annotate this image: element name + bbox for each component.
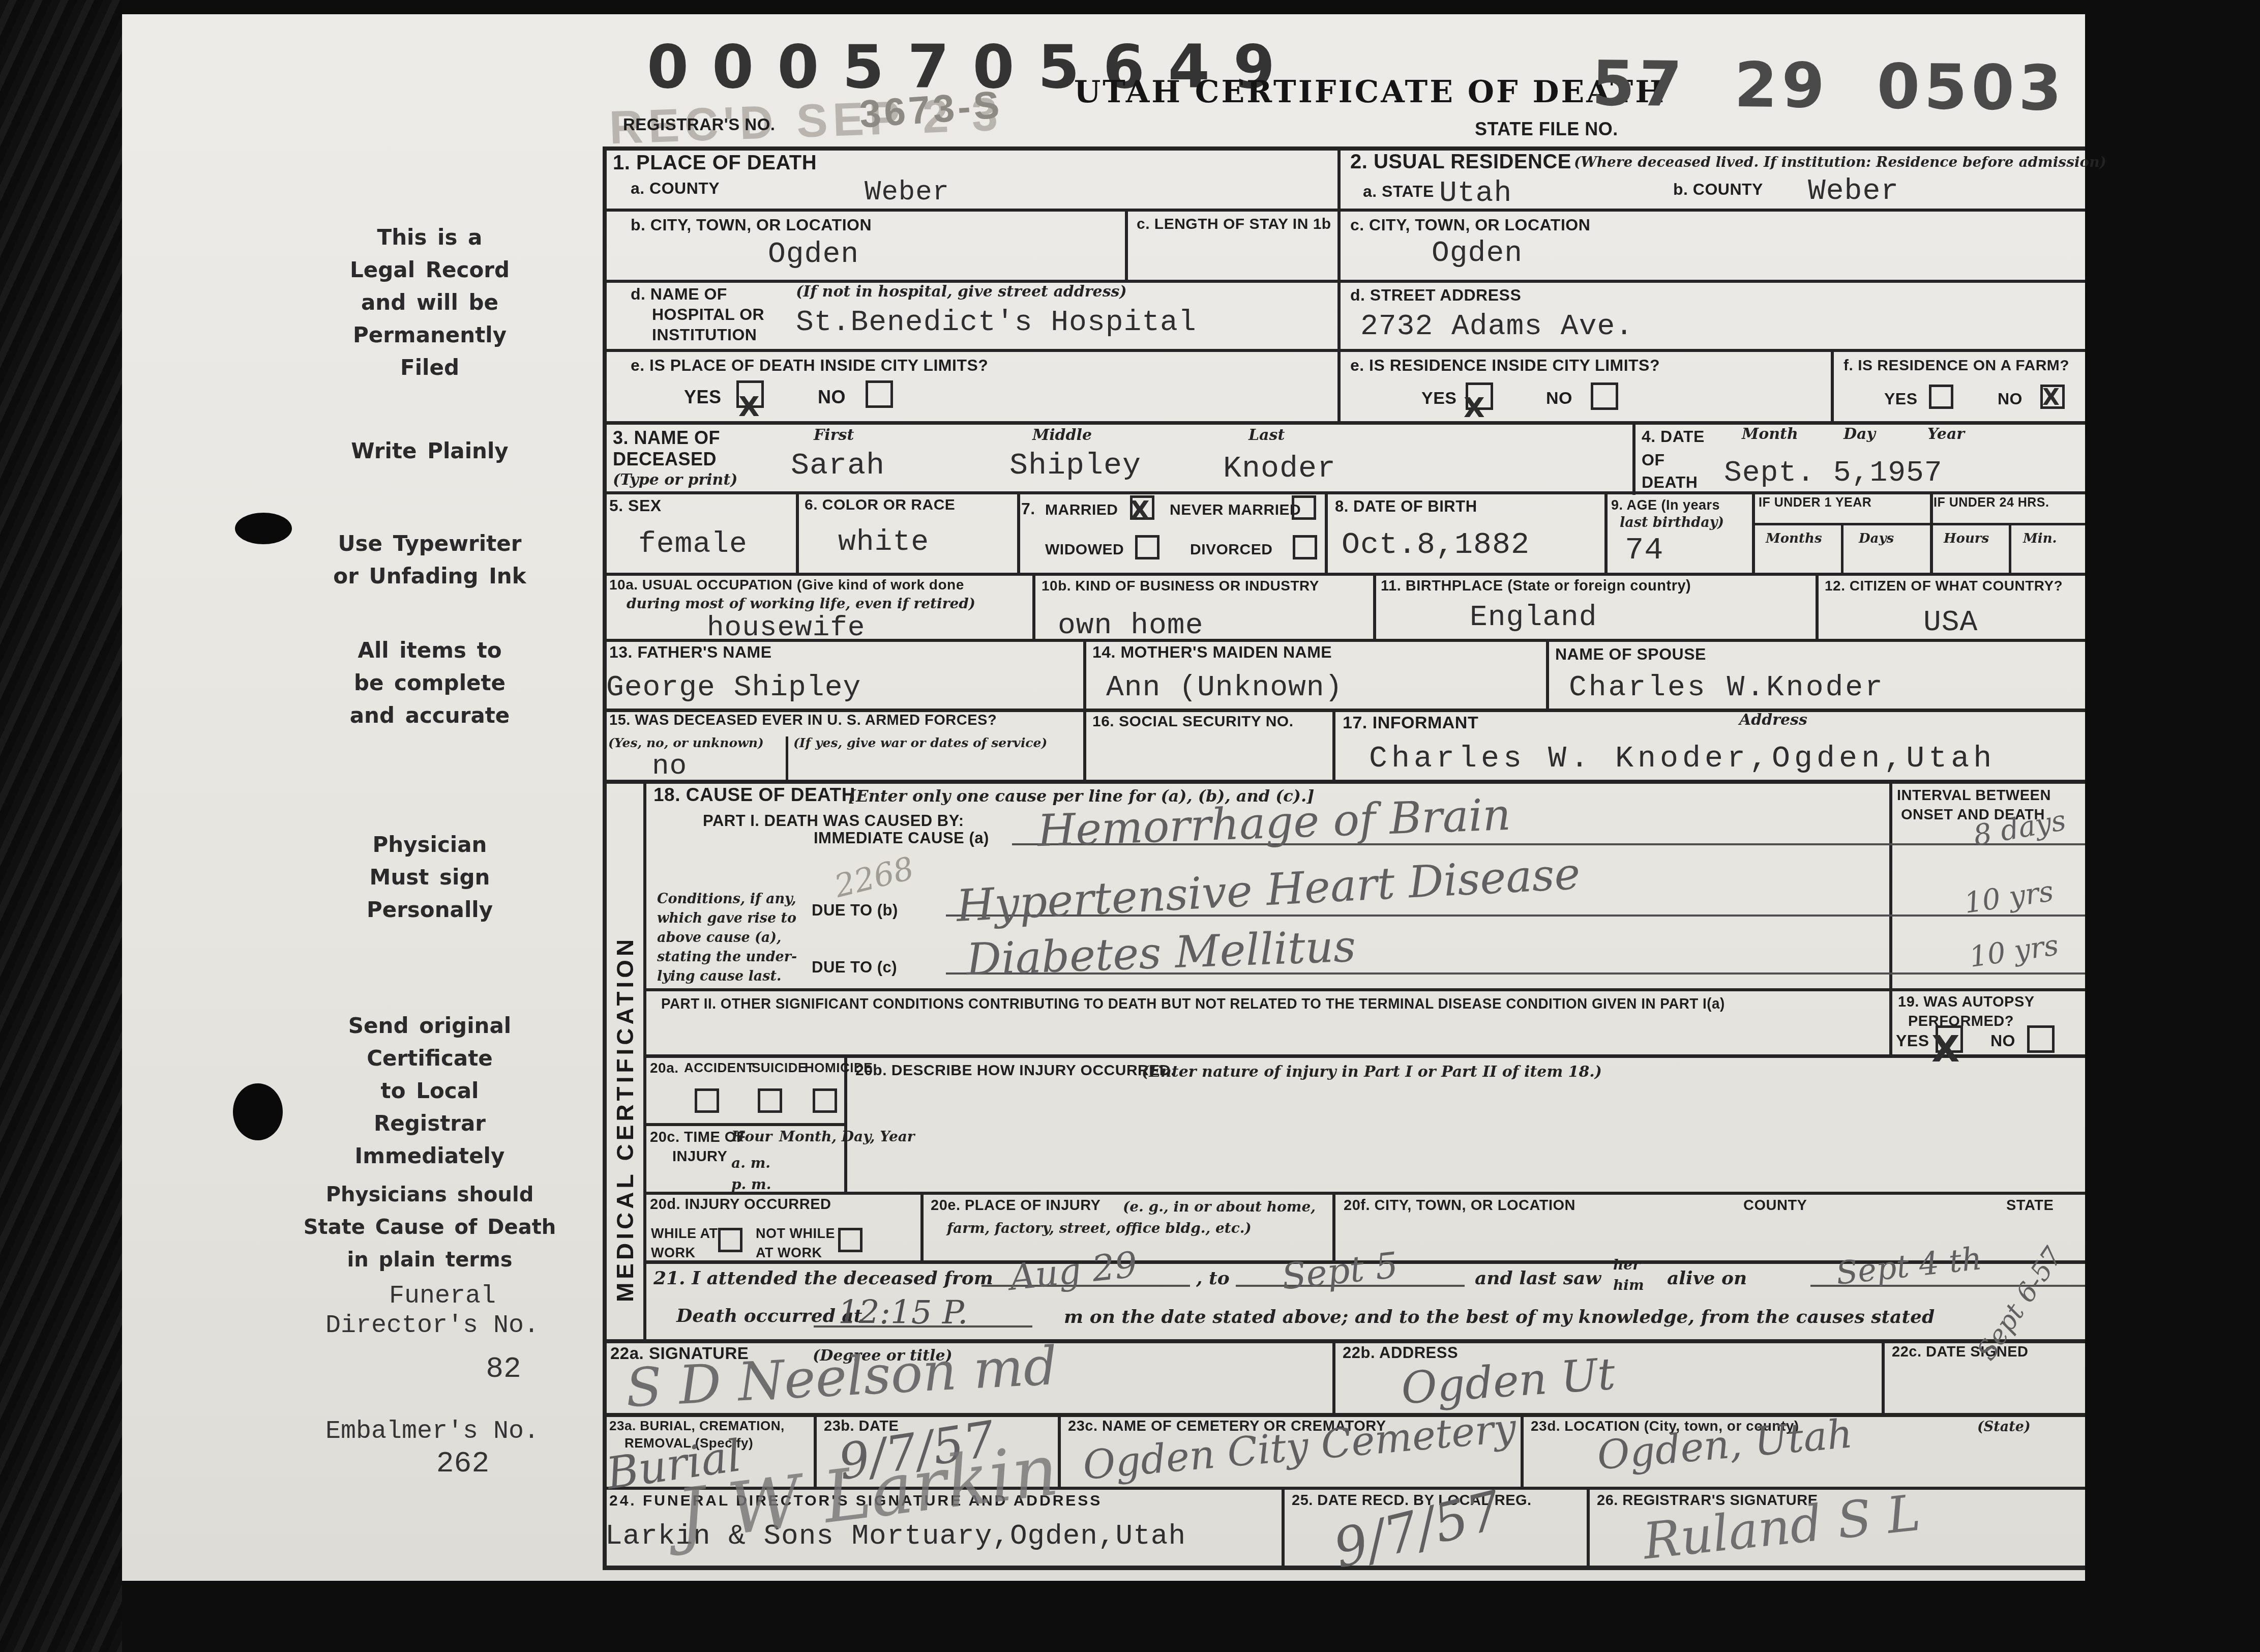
field-2e-yes-label: YES [1421,389,1457,408]
part2-text: PART II. OTHER SIGNIFICANT CONDITIONS CO… [661,996,1725,1013]
film-edge [0,0,122,1652]
punch-hole-top [235,513,292,544]
field-18-immediate-label: IMMEDIATE CAUSE (a) [814,829,989,847]
field-13-value: George Shipley [606,671,861,704]
state-file-number-stamp: 57 29 0503 [1591,47,2066,125]
field-3-middle-value: Shipley [1009,449,1141,483]
field-18-conditions-3: above cause (a), [657,930,781,946]
field-18c-label: DUE TO (c) [812,958,897,977]
x-mark-2e-yes: X [1464,392,1485,424]
field-18-conditions-2: which gave rise to [657,910,796,926]
margin-cause-2: State Cause of Death [304,1216,556,1239]
field-20c-am-label: a. m. [731,1155,770,1171]
x-mark-2f-no: X [2042,385,2060,410]
funeral-director-no-label-1: Funeral [389,1282,496,1311]
x-mark-1e-yes: X [738,391,760,423]
field-10b-value: own home [1058,609,1203,642]
field-19-label-1: 19. WAS AUTOPSY [1898,994,2035,1011]
margin-write-plainly: Write Plainly [351,438,508,463]
field-21-text-3: and last saw [1475,1267,1601,1289]
field-18-label: 18. CAUSE OF DEATH [653,784,855,806]
field-14-label: 14. MOTHER'S MAIDEN NAME [1092,643,1332,662]
field-20d-while-label-2: WORK [651,1245,695,1261]
field-21-him-label: him [1613,1277,1644,1293]
checkbox-20d-notwhile [838,1228,863,1252]
margin-legal-3: and will be [361,290,498,315]
checkbox-7-widowed [1135,535,1159,559]
field-9-value: 74 [1625,532,1663,568]
margin-physician-2: Must sign [370,865,490,890]
field-3-middle-label: Middle [1032,426,1092,444]
field-20b-label: 20b. DESCRIBE HOW INJURY OCCURRED. [855,1062,1175,1079]
field-2a-value: Utah [1439,177,1512,210]
field-23d-state-label: (State) [1977,1419,2031,1435]
field-20d-label: 20d. INJURY OCCURRED [650,1196,831,1213]
field-12-value: USA [1923,606,1978,639]
registrar-number-label: REGISTRAR'S NO. [623,115,776,134]
field-7-num: 7. [1021,499,1035,518]
field-20a-accident-label: ACCIDENT [684,1060,754,1076]
field-1-title: 1. PLACE OF DEATH [613,152,817,174]
field-20e-label: 20e. PLACE OF INJURY [931,1197,1101,1214]
field-20b-note: (Enter nature of injury in Part I or Par… [1142,1063,1602,1081]
field-18b-label: DUE TO (b) [812,901,898,920]
field-spouse-value: Charles W.Knoder [1569,671,1885,704]
field-1e-no-label: NO [818,387,846,408]
field-15-label: 15. WAS DECEASED EVER IN U. S. ARMED FOR… [609,712,997,729]
field-6-value: white [838,526,929,559]
x-mark-7-married: X [1130,495,1150,525]
field-1d-label-3: INSTITUTION [652,326,757,344]
field-7-married-label: MARRIED [1045,501,1118,519]
field-9-min-label: Min. [2023,531,2057,546]
field-20e-note-2: farm, factory, street, office bldg., etc… [947,1220,1252,1236]
field-20a-suicide-label: SUICIDE [752,1060,807,1076]
checkbox-7-divorced [1293,535,1317,559]
field-1c-label: c. LENGTH OF STAY IN 1b [1137,216,1331,233]
field-2f-no-label: NO [1998,390,2023,408]
field-2b-value: Weber [1808,175,1899,208]
checkbox-20d-while [718,1228,742,1252]
field-2-note: (Where deceased lived. If institution: R… [1574,154,2106,170]
margin-legal-4: Permanently [353,322,507,347]
field-18-conditions-1: Conditions, if any, [657,891,796,907]
field-21-text-1: 21. I attended the deceased from [653,1267,993,1289]
field-2c-value: Ogden [1432,237,1523,270]
checkbox-7-never [1292,495,1316,520]
field-3-title-1: 3. NAME OF [613,427,720,449]
field-2a-label: a. STATE [1363,182,1434,201]
field-23a-label-1: 23a. BURIAL, CREMATION, [609,1418,785,1434]
field-20d-notwhile-label-1: NOT WHILE [756,1226,835,1242]
field-12-label: 12. CITIZEN OF WHAT COUNTRY? [1825,578,2063,594]
field-4-value: Sept. 5,1957 [1724,457,1943,490]
state-file-label: STATE FILE NO. [1475,119,1618,140]
margin-send-3: to Local [381,1078,479,1103]
field-18-conditions-5: lying cause last. [657,968,781,984]
field-11-label: 11. BIRTHPLACE (State or foreign country… [1381,578,1691,595]
field-18-part1-label: PART I. DEATH WAS CAUSED BY: [703,812,964,830]
field-8-label: 8. DATE OF BIRTH [1335,497,1477,516]
field-19-no-label: NO [1990,1031,2015,1050]
field-17-label: 17. INFORMANT [1343,713,1478,733]
field-9-under1yr-label: IF UNDER 1 YEAR [1759,495,1871,510]
margin-send-4: Registrar [374,1111,486,1136]
margin-complete-1: All items to [358,638,501,663]
field-19-yes-label: YES [1896,1031,1929,1050]
field-2d-value: 2732 Adams Ave. [1360,310,1633,343]
field-3-title-2: DECEASED [613,449,717,470]
field-1b-value: Ogden [768,238,859,271]
funeral-director-no-value: 82 [486,1353,521,1386]
margin-legal-5: Filed [400,355,459,380]
margin-send-2: Certificate [367,1046,492,1071]
funeral-director-no-label-2: Director's No. [325,1311,539,1340]
field-15-note-1: (Yes, no, or unknown) [608,735,764,750]
field-21-text-4: alive on [1667,1267,1747,1289]
field-2-title: 2. USUAL RESIDENCE [1350,151,1571,173]
field-21-her-label: her [1613,1256,1640,1273]
field-20c-mdy-label: Month, Day, Year [779,1128,915,1145]
field-2f-yes-label: YES [1884,390,1918,408]
field-8-value: Oct.8,1882 [1342,528,1530,563]
field-21-time-value: 12:15 P. [838,1294,968,1332]
field-20c-pm-label: p. m. [731,1176,771,1193]
field-20f-county-label: COUNTY [1743,1197,1807,1214]
field-22b-label: 22b. ADDRESS [1343,1344,1458,1362]
margin-complete-2: be complete [354,670,505,695]
field-3-first-value: Sarah [791,449,885,483]
embalmer-no-value: 262 [436,1448,489,1481]
field-10a-label-2: during most of working life, even if ret… [627,595,975,612]
field-2e-no-label: NO [1546,389,1572,408]
field-1b-label: b. CITY, TOWN, OR LOCATION [631,216,872,234]
field-9-under24-label: IF UNDER 24 HRS. [1934,495,2049,510]
field-11-value: England [1470,601,1597,634]
field-15-note-2: (If yes, give war or dates of service) [793,735,1047,750]
field-10a-label-1: 10a. USUAL OCCUPATION (Give kind of work… [609,577,964,593]
field-4-label-2: OF [1642,451,1664,469]
punch-hole-bottom [233,1083,283,1140]
field-4-label-1: 4. DATE [1642,427,1705,446]
field-3-last-value: Knoder [1223,452,1336,486]
margin-typewriter-1: Use Typewriter [338,531,522,556]
field-9-label-1: 9. AGE (In years [1611,497,1720,513]
field-4-year-label: Year [1927,425,1965,443]
field-17-value: Charles W. Knoder,Ogden,Utah [1369,742,1996,776]
field-9-label-2: last birthday) [1620,515,1724,530]
field-20e-note-1: (e. g., in or about home, [1123,1198,1316,1215]
field-20c-hour-label: Hour [731,1128,772,1145]
field-9-months-label: Months [1766,531,1822,546]
field-1d-label-2: HOSPITAL OR [652,305,764,324]
checkbox-19-no [2027,1025,2055,1053]
field-5-label: 5. SEX [609,496,662,515]
field-2c-label: c. CITY, TOWN, OR LOCATION [1350,216,1590,234]
field-21-text-5: Death occurred at [676,1305,862,1326]
margin-physician-1: Physician [373,832,487,857]
field-7-divorced-label: DIVORCED [1190,541,1272,558]
field-20c-label-2: INJURY [672,1148,727,1165]
embalmer-no-label: Embalmer's No. [325,1417,539,1446]
checkbox-1e-no [866,380,893,408]
field-7-widowed-label: WIDOWED [1045,541,1124,558]
field-18-interval-label-1: INTERVAL BETWEEN [1897,787,2051,804]
field-20f-state-label: STATE [2006,1197,2054,1214]
x-mark-19-yes: X [1931,1027,1960,1070]
checkbox-20a-homicide [813,1088,837,1113]
certificate-title: UTAH CERTIFICATE OF DEATH [1074,74,1666,110]
checkbox-2f-yes [1929,385,1953,409]
margin-send-5: Immediately [355,1143,505,1168]
field-9-days-label: Days [1859,531,1894,546]
field-4-label-3: DEATH [1642,473,1698,492]
field-2b-label: b. COUNTY [1673,180,1763,199]
field-2e-label: e. IS RESIDENCE INSIDE CITY LIMITS? [1350,356,1660,375]
field-4-day-label: Day [1843,425,1876,443]
field-15-value: no [652,750,687,782]
medical-certification-vertical-label: MEDICAL CERTIFICATION [611,936,639,1302]
field-14-value: Ann (Unknown) [1106,671,1343,704]
field-3-title-3: (Type or print) [613,471,737,489]
field-10a-value: housewife [707,611,865,644]
field-1e-label: e. IS PLACE OF DEATH INSIDE CITY LIMITS? [631,356,988,375]
margin-typewriter-2: or Unfading Ink [333,564,526,588]
field-3-first-label: First [814,426,854,444]
field-5-value: female [638,528,748,561]
checkbox-2e-no [1591,382,1618,410]
field-20d-while-label-1: WHILE AT [651,1226,718,1242]
field-1e-yes-label: YES [684,387,722,408]
margin-physician-3: Personally [367,897,493,922]
field-18-conditions-4: stating the under- [657,949,797,965]
field-2d-label: d. STREET ADDRESS [1350,286,1521,305]
scanned-death-certificate: 0005705649 REC'D SEP 2 3 3673-S REGISTRA… [0,0,2260,1652]
checkbox-20a-accident [695,1088,719,1113]
margin-legal-2: Legal Record [350,257,510,282]
margin-cause-1: Physicians should [326,1183,534,1206]
field-20d-notwhile-label-2: AT WORK [756,1245,822,1261]
field-1a-value: Weber [865,177,949,208]
margin-legal-1: This is a [377,225,483,250]
field-4-month-label: Month [1742,425,1798,443]
field-21-text-6: m on the date stated above; and to the b… [1064,1306,1935,1327]
field-20f-label: 20f. CITY, TOWN, OR LOCATION [1344,1197,1575,1214]
field-10b-label: 10b. KIND OF BUSINESS OR INDUSTRY [1042,578,1319,594]
margin-cause-3: in plain terms [347,1248,512,1272]
field-17-address-label: Address [1739,711,1807,729]
field-20a-num: 20a. [650,1060,679,1076]
field-6-label: 6. COLOR OR RACE [805,496,955,514]
field-13-label: 13. FATHER'S NAME [609,643,772,662]
field-7-never-label: NEVER MARRIED [1170,501,1301,519]
field-spouse-label: NAME OF SPOUSE [1555,645,1706,664]
field-1d-value: St.Benedict's Hospital [796,306,1197,339]
field-9-hours-label: Hours [1944,531,1989,546]
field-16-label: 16. SOCIAL SECURITY NO. [1092,713,1293,730]
field-21-text-2: , to [1196,1267,1230,1289]
margin-complete-3: and accurate [350,703,510,728]
field-1d-label-1: d. NAME OF [631,285,727,304]
field-3-last-label: Last [1248,426,1285,444]
margin-send-1: Send original [348,1013,511,1038]
field-1d-note: (If not in hospital, give street address… [796,283,1127,301]
checkbox-20a-suicide [758,1088,782,1113]
field-2f-label: f. IS RESIDENCE ON A FARM? [1843,357,2069,374]
field-1a-label: a. COUNTY [631,179,720,198]
